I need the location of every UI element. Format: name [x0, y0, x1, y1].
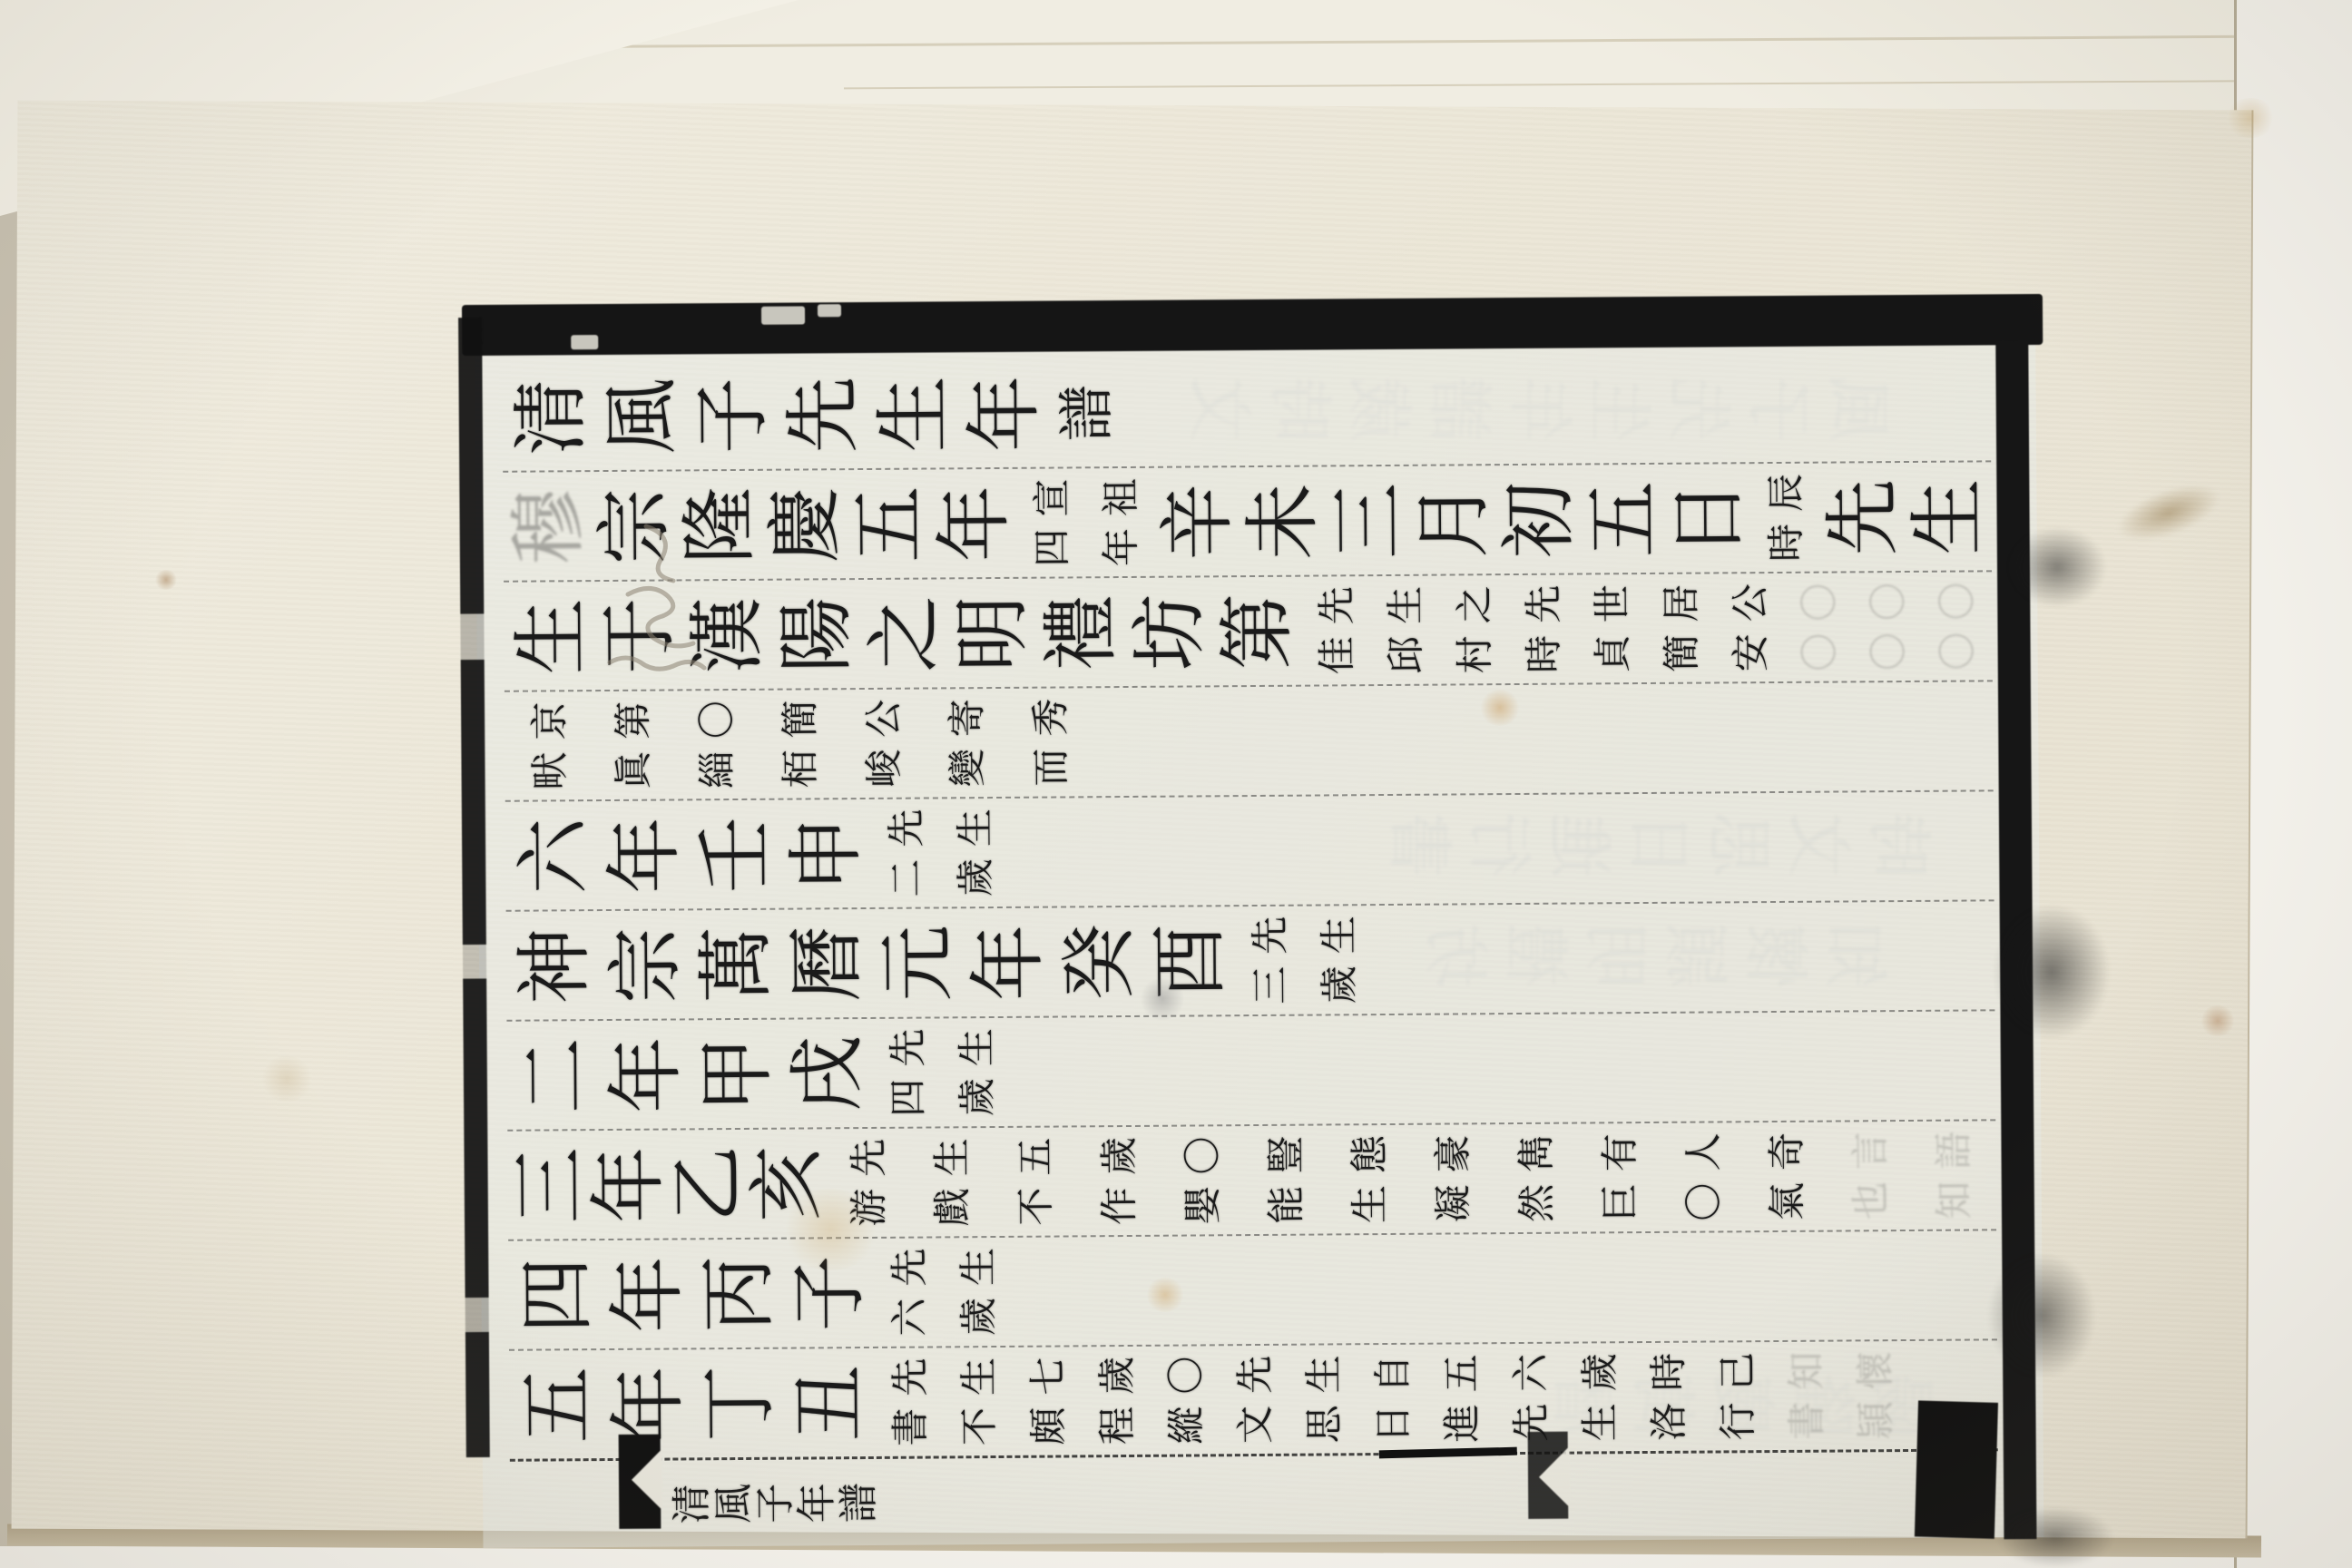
glyph: 書 — [1780, 1396, 1833, 1445]
glyph: 懷 — [1849, 1346, 1902, 1396]
small-annotation-pair: 世貞 — [1586, 579, 1640, 679]
text-column-8: 三年乙亥先游生戲五不歲作〇嬰豎能態生豪凝雋然有巨人〇奇氣言也語知 — [507, 1121, 1996, 1240]
glyph: 元 — [873, 911, 963, 1015]
glyph: 書 — [884, 1402, 936, 1452]
glyph: 〇 — [1160, 1350, 1212, 1400]
ink-smudge — [1996, 1506, 2114, 1568]
glyph: 風 — [713, 1475, 755, 1532]
glyph: 譜 — [838, 1475, 880, 1531]
ink-smudge — [1993, 904, 2111, 1040]
glyph: 年 — [1095, 522, 1148, 572]
glyph: 宗 — [601, 913, 691, 1017]
small-annotation-pair: 居簡 — [1655, 578, 1709, 678]
small-annotation-pair: 公峻 — [857, 693, 911, 793]
glyph: 四 — [1026, 523, 1079, 573]
glyph: 子 — [784, 1240, 874, 1345]
text-column-7: 二年甲戌先四生歲 — [506, 1011, 1995, 1131]
glyph: 公 — [1724, 577, 1777, 627]
glyph: 癸 — [1054, 909, 1144, 1014]
glyph: 思 — [1298, 1399, 1350, 1449]
glyph: 時 — [1642, 1347, 1695, 1396]
text-column-5: 六年壬申先二生歲 — [505, 791, 1994, 911]
small-annotation-pair: 言也 — [1844, 1126, 1897, 1226]
small-annotation-pair: 豪凝 — [1426, 1129, 1480, 1229]
glyph: 峻 — [857, 743, 910, 793]
glyph: 巨 — [1594, 1178, 1647, 1228]
small-annotation-pair: 己行 — [1711, 1347, 1765, 1446]
glyph: 緇 — [691, 744, 743, 794]
glyph: 譜 — [1050, 366, 1123, 461]
glyph: 頴 — [1849, 1396, 1902, 1445]
glyph: 村 — [1448, 630, 1501, 680]
glyph: 自 — [1367, 1348, 1419, 1398]
glyph: 〇 — [1678, 1177, 1730, 1227]
glyph: 四 — [882, 1073, 935, 1122]
glyph: 禮 — [1037, 581, 1124, 685]
glyph: 生 — [1344, 1179, 1396, 1229]
glyph: 年 — [590, 1132, 668, 1237]
small-annotation-pair: 七頗 — [1022, 1351, 1075, 1451]
glyph: 生 — [1379, 580, 1432, 630]
glyph: 二 — [510, 1024, 600, 1128]
glyph: 坊 — [1125, 580, 1212, 684]
glyph: 五 — [513, 1353, 603, 1457]
small-annotation-pair: 豎能 — [1259, 1130, 1313, 1230]
glyph: 六 — [884, 1292, 936, 1342]
glyph: 年 — [600, 803, 690, 907]
small-annotation-pair: 五不 — [1009, 1132, 1063, 1231]
glyph: 縱 — [1160, 1400, 1212, 1450]
glyph: 丙 — [693, 1241, 783, 1346]
glyph: 行 — [1711, 1396, 1764, 1446]
small-annotation-pair: 祖年 — [1094, 472, 1148, 572]
small-annotation-pair: 時洛 — [1642, 1347, 1696, 1446]
glyph: 世 — [1586, 579, 1639, 629]
glyph: 之 — [1448, 580, 1501, 630]
handwritten-marginalia — [592, 508, 818, 735]
glyph: 奇 — [1760, 1126, 1813, 1176]
fishtail-lower-icon — [1528, 1432, 1569, 1519]
small-annotation-pair: 先時 — [1517, 579, 1571, 679]
printed-text-frame: 清風子先生年譜穆宗隆慶五年宣四祖年辛未三月初五日辰時先生生于漢陽之明禮坊第先佳生… — [475, 301, 2043, 1548]
glyph: 歲 — [1093, 1131, 1145, 1181]
small-annotation-pair: 態生 — [1343, 1129, 1396, 1229]
glyph: 知 — [1780, 1346, 1833, 1396]
ink-smudge — [1987, 1252, 2096, 1379]
small-annotation-pair: 歲生 — [1573, 1347, 1627, 1447]
small-annotation-pair: 語知 — [1927, 1125, 1981, 1225]
glyph: 邱 — [1379, 630, 1432, 680]
glyph: 畎 — [524, 746, 576, 796]
small-annotation-pair: 懷頴 — [1849, 1346, 1903, 1445]
glyph: 作 — [1093, 1181, 1146, 1230]
small-annotation-pair: 先書 — [884, 1352, 937, 1452]
small-annotation-pair: 辰時 — [1759, 467, 1813, 567]
fishtail-upper-icon — [619, 1435, 661, 1529]
small-annotation-pair: 先四 — [881, 1023, 935, 1122]
glyph: 先 — [778, 362, 867, 466]
small-annotation-pair: 秀而 — [1024, 692, 1078, 792]
glyph: 年 — [603, 1242, 692, 1347]
glyph: 甲 — [691, 1022, 781, 1126]
glyph: 丁 — [694, 1351, 784, 1455]
small-annotation-pair: 人〇 — [1677, 1127, 1730, 1227]
glyph: 然 — [1511, 1178, 1563, 1228]
glyph: 年 — [797, 1475, 838, 1531]
glyph: 〇 — [1862, 576, 1915, 626]
glyph: 五 — [848, 472, 932, 576]
glyph: 戌 — [782, 1021, 872, 1125]
glyph: 第 — [1214, 579, 1301, 683]
glyph: 祖 — [1094, 472, 1147, 522]
glyph: 己 — [1711, 1347, 1764, 1396]
glyph: 知 — [1928, 1175, 1981, 1225]
glyph: 〇 — [1931, 576, 1984, 626]
glyph: 〇 — [1862, 626, 1915, 676]
glyph: 居 — [1655, 578, 1708, 628]
glyph: 曆 — [782, 911, 872, 1015]
banxin-title: 清風子年譜 — [671, 1475, 880, 1533]
glyph: 子 — [687, 363, 777, 467]
glyph: 秀 — [1024, 692, 1077, 742]
glyph: 不 — [1010, 1181, 1063, 1231]
glyph: 歲 — [953, 1291, 1005, 1341]
glyph: 二 — [880, 853, 933, 903]
glyph: 文 — [1229, 1399, 1281, 1449]
small-annotation-pair: 有巨 — [1593, 1128, 1647, 1228]
small-annotation-pair: 先文 — [1229, 1349, 1282, 1449]
small-annotation-pair: 知書 — [1780, 1346, 1834, 1445]
glyph: 先 — [1517, 579, 1570, 629]
glyph: 歲 — [949, 852, 1002, 902]
glyph: 亥 — [748, 1132, 826, 1236]
glyph: 年 — [601, 1023, 691, 1127]
glyph: 雋 — [1510, 1128, 1563, 1178]
glyph: 嬰 — [1177, 1181, 1230, 1230]
text-column-10: 五年丁丑先書生不七頗歲程〇縱先文生思自日五進六先歲生時洛己行知書懷頴 — [509, 1340, 1998, 1461]
glyph: 乙 — [669, 1132, 747, 1236]
small-annotation-pair: 〇縱 — [1160, 1350, 1213, 1450]
ink-smudge — [2007, 526, 2107, 608]
glyph: 變 — [941, 743, 994, 793]
glyph: 四 — [512, 1243, 602, 1347]
glyph: 先 — [883, 1242, 936, 1292]
photo-of-book-page: 清風子先生年譜穆宗隆慶五年宣四祖年辛未三月初五日辰時先生生于漢陽之明禮坊第先佳生… — [0, 0, 2352, 1568]
glyph: 歲 — [1091, 1350, 1143, 1400]
glyph: 先 — [880, 803, 933, 853]
glyph: 頗 — [1022, 1401, 1074, 1451]
glyph: 程 — [1091, 1400, 1143, 1450]
glyph: 先 — [1229, 1349, 1281, 1399]
glyph: 栢 — [774, 744, 827, 794]
glyph: 歲 — [1313, 960, 1366, 1010]
glyph: 語 — [1927, 1125, 1980, 1175]
glyph: 生 — [950, 1022, 1003, 1072]
glyph: 豎 — [1259, 1130, 1312, 1180]
glyph: 時 — [1760, 517, 1813, 567]
small-annotation-pair: 生歲 — [949, 802, 1003, 902]
glyph: 生 — [1573, 1397, 1626, 1447]
glyph: 佳 — [1310, 631, 1363, 681]
glyph: 先 — [884, 1352, 936, 1402]
glyph: 七 — [1022, 1351, 1074, 1401]
glyph: 先 — [842, 1132, 895, 1182]
glyph: 辛 — [1155, 470, 1240, 574]
glyph: 安 — [1724, 627, 1777, 677]
glyph: 歲 — [951, 1072, 1004, 1122]
small-annotation-pair: 先三 — [1244, 910, 1298, 1010]
glyph: 進 — [1436, 1398, 1488, 1448]
glyph: 先 — [1244, 910, 1297, 960]
small-annotation-pair: 寄變 — [941, 693, 995, 793]
small-annotation-pair: 〇〇 — [1862, 576, 1916, 676]
glyph: 豪 — [1426, 1129, 1479, 1179]
glyph: 凝 — [1427, 1179, 1480, 1229]
glyph: 生 — [949, 802, 1002, 852]
small-annotation-pair: 先二 — [880, 803, 934, 903]
small-annotation-pair: 生不 — [953, 1351, 1006, 1451]
glyph: 丑 — [785, 1350, 875, 1455]
glyph: 時 — [1517, 629, 1570, 679]
glyph: 人 — [1677, 1127, 1730, 1177]
glyph: 言 — [1844, 1126, 1896, 1176]
glyph: 〇 — [1793, 577, 1846, 627]
small-annotation-pair: 先六 — [883, 1242, 936, 1342]
glyph: 年 — [959, 361, 1049, 465]
glyph: 申 — [781, 801, 871, 906]
small-annotation-pair: 生戲 — [926, 1132, 979, 1232]
glyph: 歲 — [1573, 1347, 1626, 1397]
glyph: 生 — [926, 1132, 978, 1182]
small-annotation-pair: 〇嬰 — [1176, 1131, 1230, 1230]
glyph: 五 — [1009, 1132, 1062, 1181]
glyph: 簡 — [1655, 628, 1708, 678]
glyph: 生 — [1906, 465, 1990, 569]
glyph: 生 — [952, 1241, 1004, 1291]
text-column-1: 清風子先生年譜 — [502, 352, 1991, 472]
glyph: 洛 — [1642, 1396, 1695, 1446]
glyph: 〇 — [1793, 627, 1846, 677]
glyph: 〇 — [1176, 1131, 1229, 1181]
small-annotation-pair: 〇〇 — [1793, 577, 1847, 677]
glyph: 眞 — [607, 745, 660, 795]
glyph: 初 — [1496, 467, 1581, 572]
glyph: 先 — [1820, 465, 1905, 570]
glyph: 月 — [1411, 468, 1495, 573]
small-annotation-pair: 宣四 — [1025, 473, 1079, 573]
glyph: 明 — [949, 581, 1036, 685]
glyph: 萬 — [691, 912, 781, 1016]
frame-corner-block — [1915, 1400, 1998, 1538]
small-annotation-pair: 雋然 — [1510, 1128, 1563, 1228]
glyph: 公 — [857, 693, 910, 743]
glyph: 游 — [843, 1182, 896, 1232]
glyph: 戲 — [926, 1182, 979, 1232]
small-annotation-pair: 生歲 — [952, 1241, 1005, 1341]
frame-top-border — [462, 294, 2043, 356]
glyph: 而 — [1024, 742, 1077, 792]
glyph: 生 — [1298, 1349, 1350, 1399]
glyph: 生 — [507, 584, 594, 689]
glyph: 三 — [1326, 468, 1410, 573]
glyph: 日 — [1667, 466, 1751, 571]
glyph: 先 — [1310, 581, 1363, 631]
glyph: 六 — [1504, 1347, 1557, 1397]
small-annotation-pair: 五進 — [1436, 1348, 1489, 1448]
glyph: 生 — [1313, 910, 1366, 960]
small-annotation-pair: 奇氣 — [1760, 1126, 1814, 1226]
glyph: 清 — [671, 1475, 713, 1532]
small-annotation-pair: 生歲 — [950, 1022, 1004, 1122]
glyph: 宣 — [1025, 473, 1078, 523]
small-annotation-pair: 生思 — [1298, 1349, 1351, 1449]
small-annotation-pair: 公安 — [1724, 577, 1778, 677]
small-annotation-pair: 歲程 — [1091, 1350, 1144, 1450]
glyph: 生 — [868, 362, 958, 466]
small-annotation-pair: 之村 — [1448, 580, 1502, 680]
glyph: 年 — [933, 471, 1017, 575]
glyph: 清 — [505, 365, 595, 469]
small-annotation-pair: 自日 — [1367, 1348, 1420, 1448]
glyph: 貞 — [1586, 629, 1639, 679]
glyph: 先 — [881, 1023, 934, 1073]
glyph: 五 — [1436, 1348, 1488, 1398]
glyph: 酉 — [1145, 909, 1235, 1014]
glyph: 日 — [1367, 1398, 1419, 1448]
glyph: 風 — [596, 364, 686, 468]
glyph: 五 — [1582, 466, 1666, 571]
small-annotation-pair: 歲作 — [1093, 1131, 1146, 1230]
glyph: 穆 — [506, 475, 591, 579]
glyph: 未 — [1240, 469, 1325, 573]
text-column-6: 神宗萬曆元年癸酉先三生歲 — [506, 901, 1995, 1021]
glyph: 之 — [860, 582, 947, 686]
small-annotation-pair: 生歲 — [1313, 910, 1367, 1010]
glyph: 不 — [953, 1401, 1005, 1451]
glyph: 生 — [953, 1351, 1005, 1401]
small-annotation-pair: 先游 — [842, 1132, 896, 1232]
glyph: 京 — [524, 696, 576, 746]
glyph: 氣 — [1761, 1176, 1814, 1226]
small-annotation-pair: 〇〇 — [1931, 576, 1984, 676]
glyph: 〇 — [1931, 626, 1984, 676]
glyph: 辰 — [1759, 467, 1812, 517]
small-annotation-pair: 生邱 — [1379, 580, 1433, 680]
glyph: 三 — [1244, 960, 1297, 1010]
text-column-9: 四年丙子先六生歲 — [508, 1230, 1997, 1350]
glyph: 寄 — [941, 693, 994, 743]
glyph: 三 — [511, 1133, 589, 1238]
glyph: 能 — [1260, 1180, 1313, 1230]
small-annotation-pair: 京畎 — [524, 696, 577, 796]
glyph: 六 — [509, 804, 599, 908]
glyph: 神 — [510, 914, 600, 1018]
glyph: 子 — [755, 1475, 797, 1532]
small-annotation-pair: 先佳 — [1310, 581, 1364, 681]
glyph: 態 — [1343, 1129, 1396, 1179]
glyph: 有 — [1593, 1128, 1646, 1178]
glyph: 年 — [964, 910, 1053, 1014]
glyph: 也 — [1845, 1176, 1897, 1226]
glyph: 壬 — [691, 802, 780, 906]
